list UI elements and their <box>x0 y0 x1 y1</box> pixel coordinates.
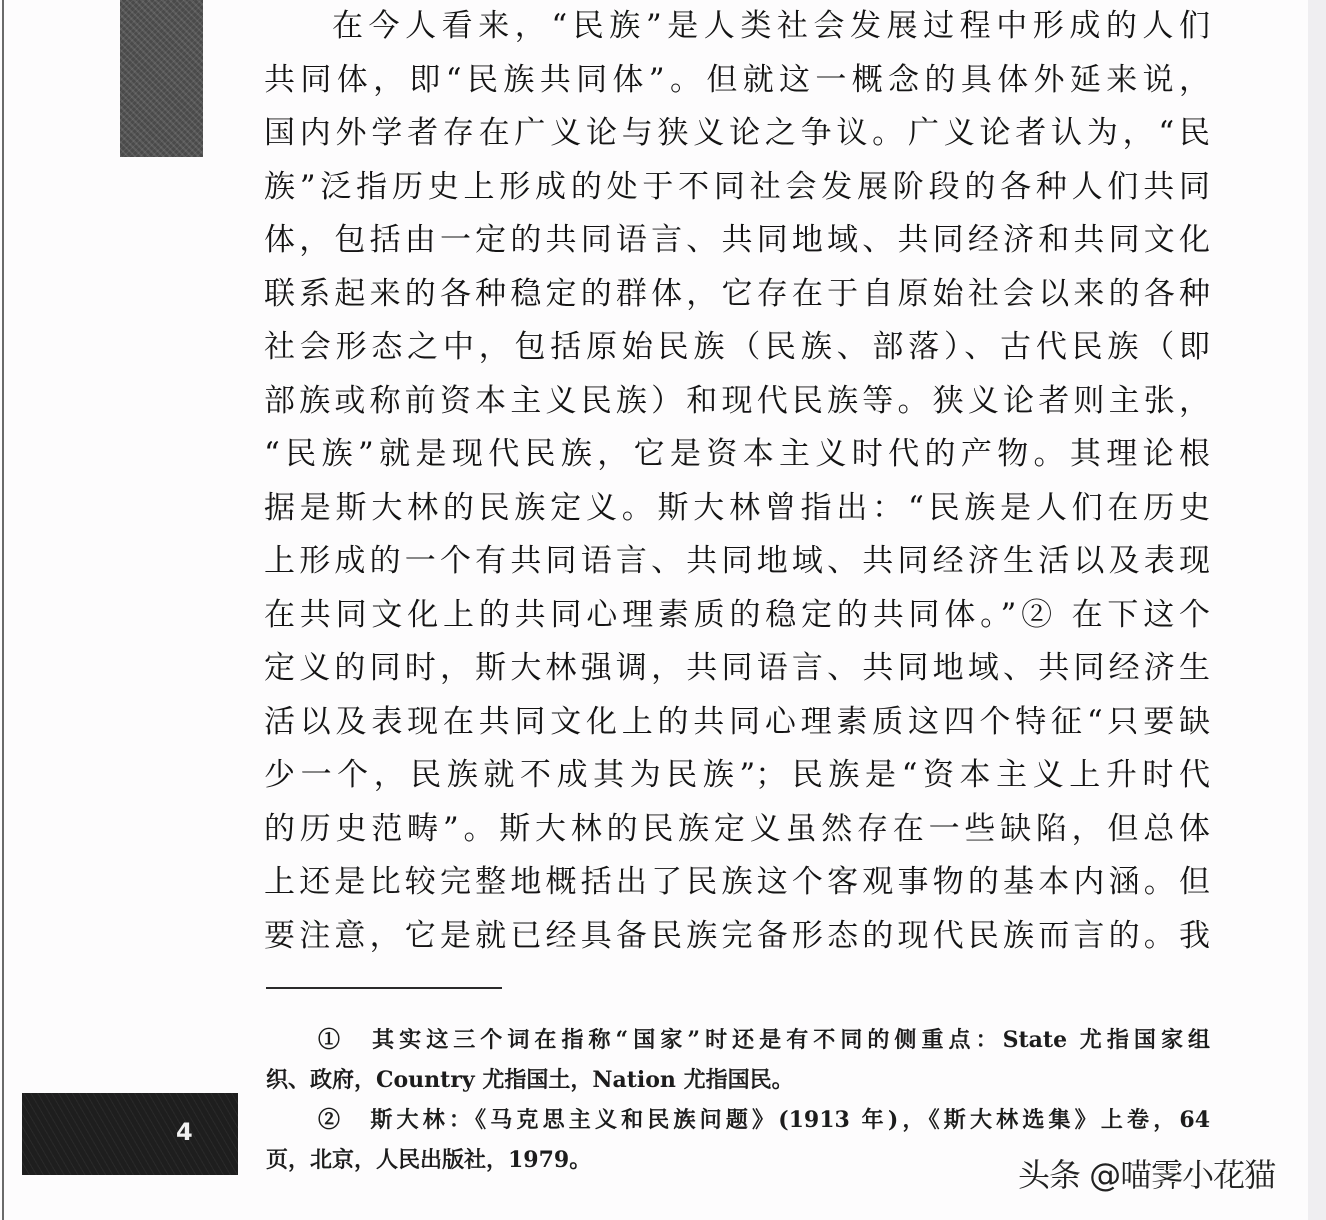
scan-artifact-block <box>120 0 203 157</box>
footnote-divider <box>266 987 502 989</box>
viewer-right-margin <box>1308 0 1326 1220</box>
body-line: 体，包括由一定的共同语言、共同地域、共同经济和共同文化 <box>264 214 1210 268</box>
footnote-1-line-1: ① 其实这三个词在指称“国家”时还是有不同的侧重点：State 尤指国家组 <box>266 1020 1210 1060</box>
footnote-2-line-1: ② 斯大林：《马克思主义和民族问题》(1913 年)，《斯大林选集》上卷，64 <box>266 1100 1210 1140</box>
page-number-tab <box>22 1093 238 1175</box>
body-line: 活以及表现在共同文化上的共同心理素质这四个特征“只要缺 <box>264 696 1210 750</box>
watermark: 头条 @喵霁小花猫 <box>1018 1150 1275 1196</box>
body-line: 定义的同时，斯大林强调，共同语言、共同地域、共同经济生 <box>264 642 1210 696</box>
body-paragraph: 在今人看来，“民族”是人类社会发展过程中形成的人们 共同体，即“民族共同体”。但… <box>264 0 1210 963</box>
body-line: 族”泛指历史上形成的处于不同社会发展阶段的各种人们共同 <box>264 161 1210 215</box>
body-line: 部族或称前资本主义民族）和现代民族等。狭义论者则主张， <box>264 375 1210 429</box>
body-line: 国内外学者存在广义论与狭义论之争议。广义论者认为，“民 <box>264 107 1210 161</box>
body-line: 联系起来的各种稳定的群体，它存在于自原始社会以来的各种 <box>264 268 1210 322</box>
body-line: 共同体，即“民族共同体”。但就这一概念的具体外延来说， <box>264 54 1210 108</box>
body-line: 要注意，它是就已经具备民族完备形态的现代民族而言的。我 <box>264 910 1210 964</box>
body-line: 上形成的一个有共同语言、共同地域、共同经济生活以及表现 <box>264 535 1210 589</box>
body-line: 在今人看来，“民族”是人类社会发展过程中形成的人们 <box>264 0 1210 54</box>
footnote-1-line-2: 织、政府，Country 尤指国土，Nation 尤指国民。 <box>266 1060 1210 1100</box>
body-line: 上还是比较完整地概括出了民族这个客观事物的基本内涵。但 <box>264 856 1210 910</box>
body-line: 的历史范畴”。斯大林的民族定义虽然存在一些缺陷，但总体 <box>264 803 1210 857</box>
page-left-border <box>2 0 4 1220</box>
page-number: 4 <box>176 1118 193 1146</box>
body-line: 在共同文化上的共同心理素质的稳定的共同体。”② 在下这个 <box>264 589 1210 643</box>
body-line: 社会形态之中，包括原始民族（民族、部落）、古代民族（即 <box>264 321 1210 375</box>
body-line: 据是斯大林的民族定义。斯大林曾指出：“民族是人们在历史 <box>264 482 1210 536</box>
scanned-book-page: 在今人看来，“民族”是人类社会发展过程中形成的人们 共同体，即“民族共同体”。但… <box>0 0 1326 1220</box>
body-line: “民族”就是现代民族，它是资本主义时代的产物。其理论根 <box>264 428 1210 482</box>
body-line: 少一个，民族就不成其为民族”；民族是“资本主义上升时代 <box>264 749 1210 803</box>
